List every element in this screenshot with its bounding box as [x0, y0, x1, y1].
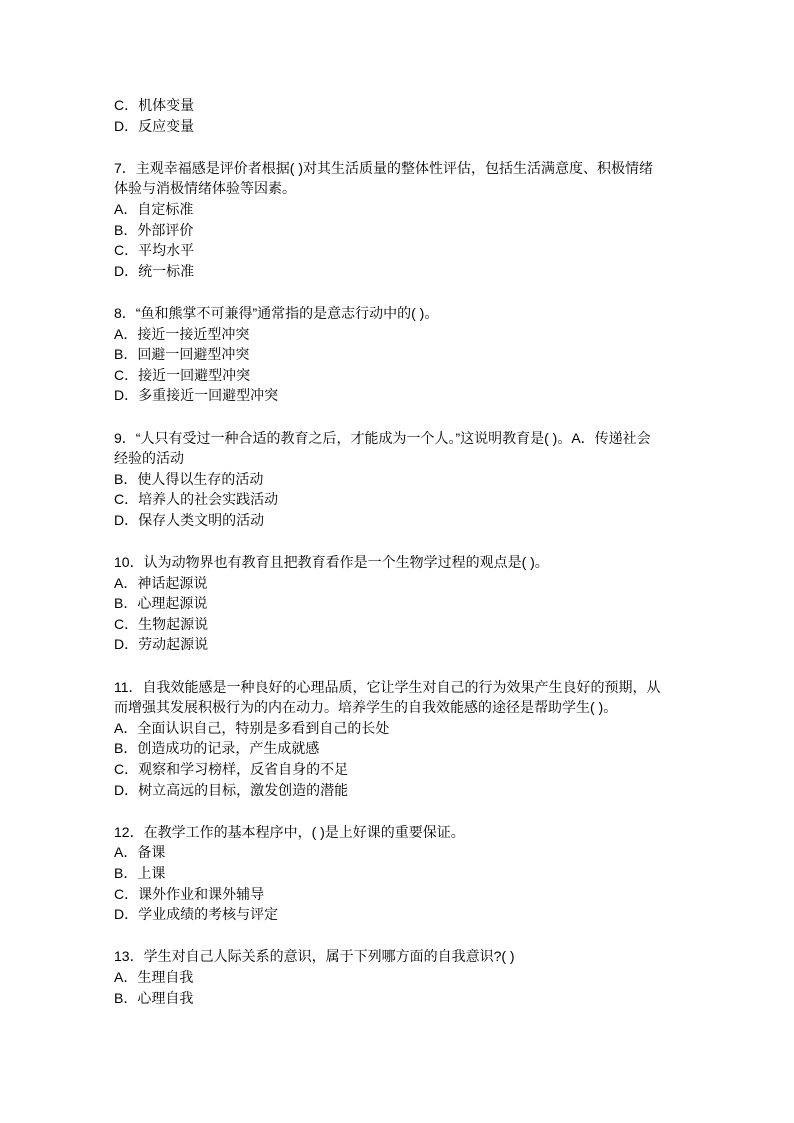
text-line: 8．“鱼和熊掌不可兼得”通常指的是意志行动中的( )。 — [114, 303, 704, 324]
question-7: 7．主观幸福感是评价者根据( )对其生活质量的整体性评估，包括生活满意度、积极情… — [114, 158, 704, 282]
text-line: C．接近一回避型冲突 — [114, 365, 704, 386]
text-line: A．接近一接近型冲突 — [114, 324, 704, 345]
text-line: D．反应变量 — [114, 116, 704, 137]
text-line: A．生理自我 — [114, 967, 704, 988]
question-11: 11．自我效能感是一种良好的心理品质，它让学生对自己的行为效果产生良好的预期，从… — [114, 677, 704, 801]
text-line: 10．认为动物界也有教育且把教育看作是一个生物学过程的观点是( )。 — [114, 552, 704, 573]
text-line: C．培养人的社会实践活动 — [114, 489, 704, 510]
question-8: 8．“鱼和熊掌不可兼得”通常指的是意志行动中的( )。A．接近一接近型冲突B．回… — [114, 303, 704, 406]
text-line: D．保存人类文明的活动 — [114, 510, 704, 531]
text-line: 体验与消极情绪体验等因素。 — [114, 178, 704, 199]
text-line: A．备课 — [114, 842, 704, 863]
text-line: C．课外作业和课外辅导 — [114, 884, 704, 905]
document-page: C．机体变量D．反应变量7．主观幸福感是评价者根据( )对其生活质量的整体性评估… — [0, 0, 794, 1123]
text-line: C．观察和学习榜样，反省自身的不足 — [114, 759, 704, 780]
text-line: D．统一标准 — [114, 261, 704, 282]
question-9: 9．“人只有受过一种合适的教育之后，才能成为一个人。”这说明教育是( )。A．传… — [114, 428, 704, 531]
text-line: D．劳动起源说 — [114, 634, 704, 655]
text-line: D．多重接近一回避型冲突 — [114, 385, 704, 406]
text-line: D．树立高远的目标，激发创造的潜能 — [114, 780, 704, 801]
text-line: D．学业成绩的考核与评定 — [114, 904, 704, 925]
document-body: C．机体变量D．反应变量7．主观幸福感是评价者根据( )对其生活质量的整体性评估… — [0, 0, 794, 1008]
text-line: C．平均水平 — [114, 240, 704, 261]
text-line: B．上课 — [114, 863, 704, 884]
text-line: A．神话起源说 — [114, 573, 704, 594]
question-10: 10．认为动物界也有教育且把教育看作是一个生物学过程的观点是( )。A．神话起源… — [114, 552, 704, 655]
text-line: B．心理起源说 — [114, 593, 704, 614]
text-line: C．机体变量 — [114, 95, 704, 116]
text-line: 经验的活动 — [114, 448, 704, 469]
text-line: A．自定标准 — [114, 199, 704, 220]
text-line: 9．“人只有受过一种合适的教育之后，才能成为一个人。”这说明教育是( )。A．传… — [114, 428, 704, 449]
text-line: C．生物起源说 — [114, 614, 704, 635]
question-13: 13．学生对自己人际关系的意识，属于下列哪方面的自我意识?( )A．生理自我B．… — [114, 946, 704, 1008]
text-line: 12．在教学工作的基本程序中，( )是上好课的重要保证。 — [114, 822, 704, 843]
text-line: B．创造成功的记录，产生成就感 — [114, 738, 704, 759]
text-line: B．回避一回避型冲突 — [114, 344, 704, 365]
question-12: 12．在教学工作的基本程序中，( )是上好课的重要保证。A．备课B．上课C．课外… — [114, 822, 704, 925]
text-line: 而增强其发展积极行为的内在动力。培养学生的自我效能感的途径是帮助学生( )。 — [114, 697, 704, 718]
text-line: B．外部评价 — [114, 220, 704, 241]
text-line: 7．主观幸福感是评价者根据( )对其生活质量的整体性评估，包括生活满意度、积极情… — [114, 158, 704, 179]
text-line: 11．自我效能感是一种良好的心理品质，它让学生对自己的行为效果产生良好的预期，从 — [114, 677, 704, 698]
question-6-options-tail: C．机体变量D．反应变量 — [114, 95, 704, 136]
text-line: 13．学生对自己人际关系的意识，属于下列哪方面的自我意识?( ) — [114, 946, 704, 967]
text-line: B．使人得以生存的活动 — [114, 469, 704, 490]
text-line: B．心理自我 — [114, 988, 704, 1009]
text-line: A．全面认识自己，特别是多看到自己的长处 — [114, 718, 704, 739]
